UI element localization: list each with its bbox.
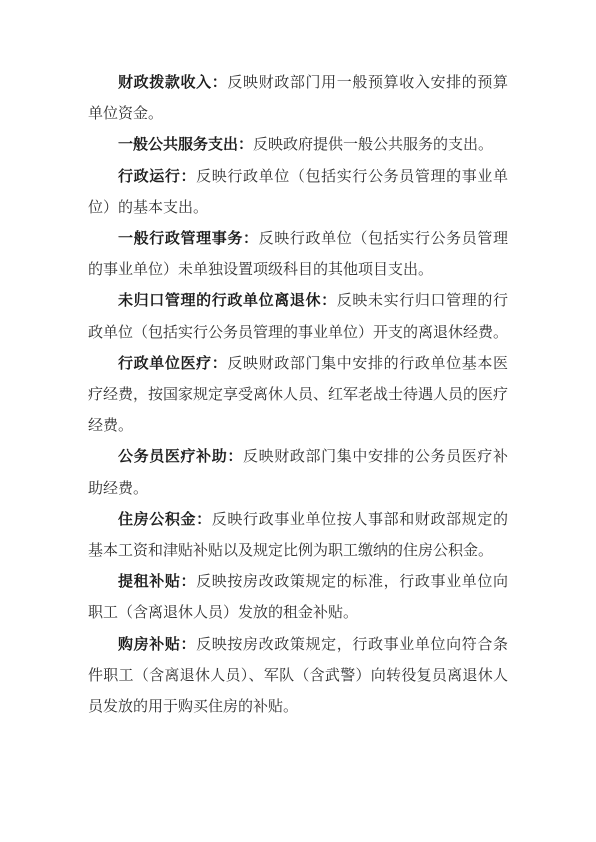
term-label: 财政拨款收入： [118,75,227,91]
definition-paragraph: 一般行政管理事务：反映行政单位（包括实行公务员管理的事业单位）未单独设置项级科目… [88,224,508,286]
term-label: 行政运行： [118,169,196,185]
document-page: 财政拨款收入：反映财政部门用一般预算收入安排的预算单位资金。 一般公共服务支出：… [0,0,596,842]
definition-paragraph: 行政运行：反映行政单位（包括实行公务员管理的事业单位）的基本支出。 [88,162,508,224]
definition-paragraph: 一般公共服务支出：反映政府提供一般公共服务的支出。 [88,130,508,161]
definition-paragraph: 公务员医疗补助：反映财政部门集中安排的公务员医疗补助经费。 [88,442,508,504]
term-label: 一般公共服务支出： [118,137,253,153]
term-label: 住房公积金： [118,512,212,528]
term-label: 行政单位医疗： [118,356,227,372]
term-label: 一般行政管理事务： [118,231,259,247]
definition-paragraph: 提租补贴：反映按房改政策规定的标准，行政事业单位向职工（含离退休人员）发放的租金… [88,567,508,629]
definition-paragraph: 未归口管理的行政单位离退休：反映未实行归口管理的行政单位（包括实行公务员管理的事… [88,286,508,348]
definition-paragraph: 财政拨款收入：反映财政部门用一般预算收入安排的预算单位资金。 [88,68,508,130]
term-label: 未归口管理的行政单位离退休： [118,293,337,309]
definition-paragraph: 行政单位医疗：反映财政部门集中安排的行政单位基本医疗经费，按国家规定享受离休人员… [88,349,508,443]
term-label: 购房补贴： [118,637,196,653]
definition-paragraph: 购房补贴：反映按房改政策规定，行政事业单位向符合条件职工（含离退休人员）、军队（… [88,630,508,724]
definition-text: 反映政府提供一般公共服务的支出。 [253,137,493,153]
term-label: 提租补贴： [118,574,196,590]
term-label: 公务员医疗补助： [118,449,243,465]
definition-paragraph: 住房公积金：反映行政事业单位按人事部和财政部规定的基本工资和津贴补贴以及规定比例… [88,505,508,567]
